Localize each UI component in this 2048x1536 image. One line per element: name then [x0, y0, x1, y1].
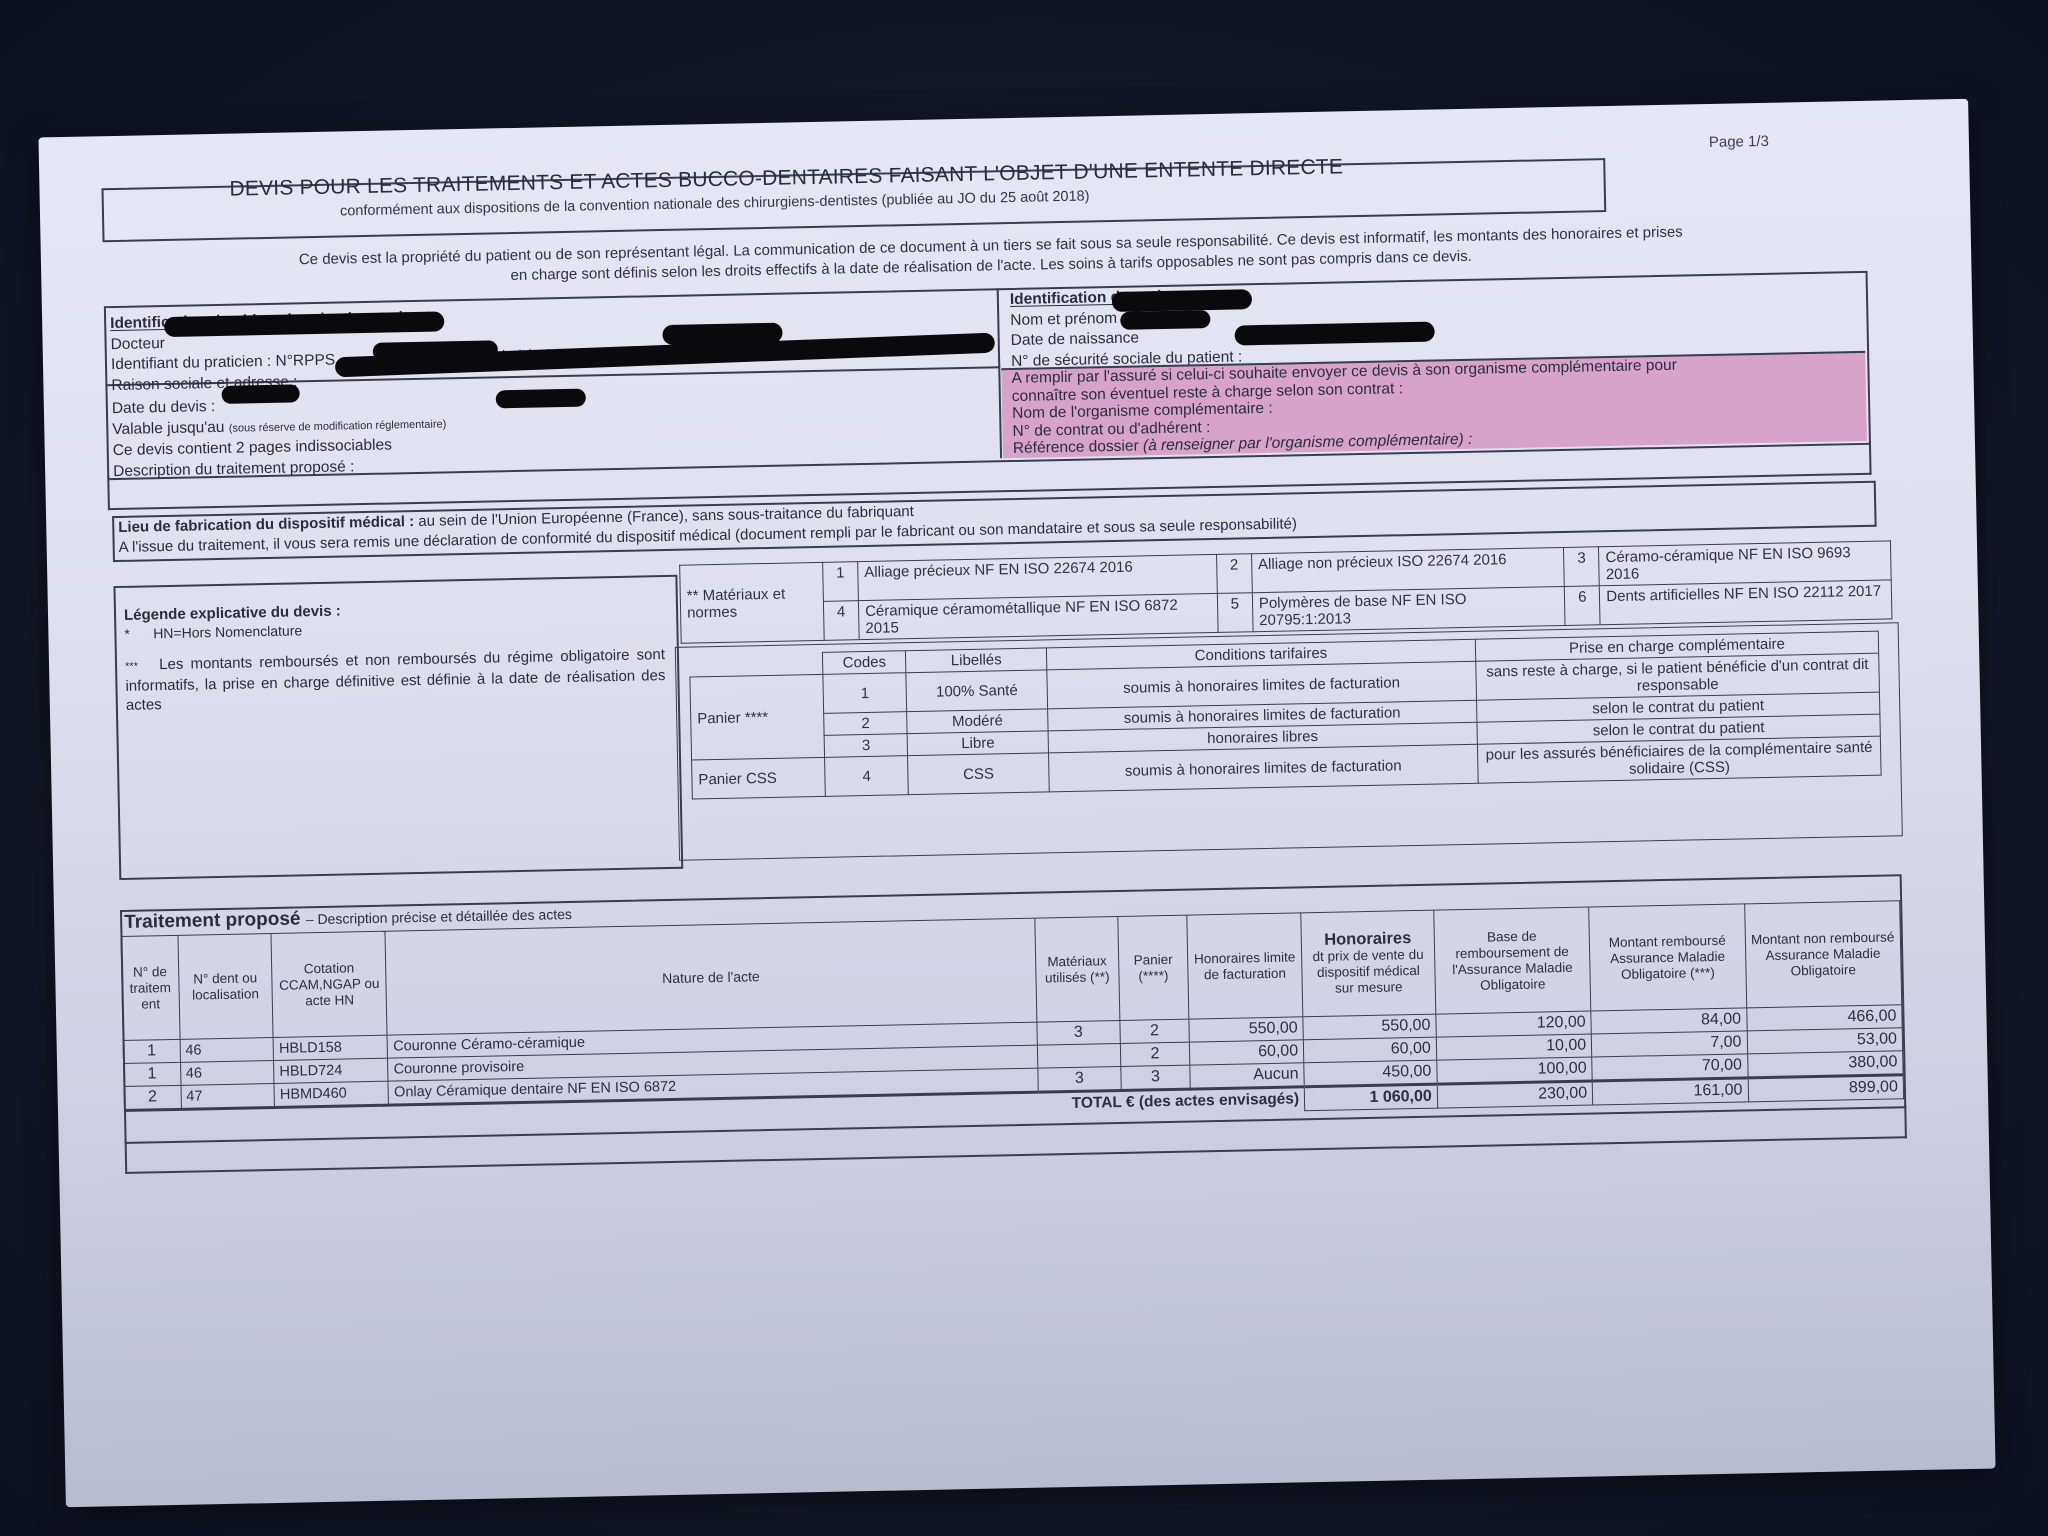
col-header-nature: Nature de l'acte: [385, 918, 1036, 1035]
cell-not-reimbursed: 466,00: [1746, 1005, 1902, 1031]
valid-note: (sous réserve de modification réglementa…: [229, 418, 447, 434]
cell-num: 2: [124, 1085, 181, 1110]
cell-limit: Aucun: [1190, 1063, 1305, 1089]
cell-not-reimbursed: 380,00: [1747, 1051, 1903, 1078]
valid-label: Valable jusqu'au: [112, 418, 224, 437]
materials-label: ** Matériaux et normes: [680, 562, 825, 643]
panier-frame: [675, 622, 1903, 861]
material-code: 1: [823, 562, 859, 602]
fees-header-rest: dt prix de vente du dispositif médical s…: [1312, 947, 1423, 996]
material-code: 3: [1564, 547, 1600, 587]
redacted-patient-name: [1112, 289, 1252, 312]
legend-mark-2: ***: [125, 661, 138, 673]
cell-fees: 550,00: [1303, 1014, 1436, 1040]
treatment-table: N° de traitem ent N° dent ou localisatio…: [120, 900, 1904, 1135]
cell-base: 10,00: [1436, 1034, 1592, 1060]
cell-materials: 3: [1037, 1020, 1121, 1045]
col-header-panier: Panier (****): [1118, 915, 1189, 1020]
total-not-reimbursed: 899,00: [1748, 1075, 1904, 1102]
legend-text-2: Les montants remboursés et non remboursé…: [125, 646, 665, 714]
cell-limit: 60,00: [1189, 1040, 1304, 1065]
cell-tooth: 47: [181, 1083, 275, 1109]
cell-reimbursed: 84,00: [1591, 1008, 1747, 1034]
legend-text-1: HN=Hors Nomenclature: [153, 622, 302, 641]
cell-base: 100,00: [1437, 1057, 1593, 1084]
cell-base: 120,00: [1436, 1011, 1592, 1037]
material-name: Céramo-céramique NF EN ISO 9693 2016: [1599, 541, 1891, 586]
legend-section: Légende explicative du devis : * HN=Hors…: [124, 595, 666, 715]
cell-reimbursed: 7,00: [1591, 1031, 1747, 1057]
col-header-tooth: N° dent ou localisation: [178, 933, 274, 1039]
legend-mark-1: *: [124, 626, 130, 642]
cell-materials: 3: [1037, 1066, 1121, 1092]
cell-fees: 450,00: [1304, 1060, 1437, 1087]
cell-panier: 2: [1120, 1019, 1189, 1043]
quote-document-paper: Page 1/3 DEVIS POUR LES TRAITEMENTS ET A…: [38, 99, 1995, 1507]
col-header-reimbursed: Montant remboursé Assurance Maladie Obli…: [1589, 904, 1746, 1011]
col-header-num: N° de traitem ent: [121, 935, 180, 1040]
material-code: 6: [1565, 586, 1601, 626]
cell-tooth: 46: [180, 1037, 274, 1062]
col-header-not-reimbursed: Montant non remboursé Assurance Maladie …: [1744, 901, 1902, 1008]
material-name: Alliage non précieux ISO 22674 2016: [1251, 547, 1564, 592]
fees-header-bold: Honoraires: [1324, 929, 1411, 949]
cell-reimbursed: 70,00: [1592, 1054, 1748, 1081]
page-number: Page 1/3: [1709, 133, 1769, 151]
cell-fees: 60,00: [1303, 1037, 1436, 1063]
legend-heading: Légende explicative du devis :: [124, 603, 341, 624]
cell-code: HBLD158: [273, 1035, 388, 1060]
redacted-valid-date: [496, 389, 586, 409]
col-header-code: Cotation CCAM,NGAP ou acte HN: [271, 931, 387, 1037]
material-code: 2: [1216, 554, 1252, 594]
complementary-insurance-fields: A remplir par l'assuré si celui-ci souha…: [1011, 353, 1863, 458]
cell-num: 1: [124, 1062, 181, 1086]
doctor-label: Docteur: [110, 335, 165, 353]
cell-not-reimbursed: 53,00: [1747, 1028, 1903, 1054]
redacted-ssn: [1234, 322, 1434, 346]
cell-limit: 550,00: [1189, 1017, 1304, 1042]
cell-panier: 3: [1121, 1065, 1190, 1090]
col-header-fees: Honorairesdt prix de vente du dispositif…: [1301, 910, 1436, 1017]
cell-tooth: 46: [180, 1060, 274, 1085]
cell-code: HBMD460: [274, 1081, 389, 1107]
total-label: TOTAL € (des actes envisagés): [1038, 1087, 1305, 1116]
material-name: Polymères de base NF EN ISO 20795:1:2013: [1252, 586, 1565, 631]
total-base: 230,00: [1437, 1081, 1593, 1108]
cell-materials: [1037, 1043, 1121, 1068]
material-code: 5: [1217, 593, 1253, 633]
material-code: 4: [823, 601, 859, 641]
rpps-label: Identifiant du praticien : N°RPPS: [111, 352, 335, 373]
material-name: Dents artificielles NF EN ISO 22112 2017: [1600, 580, 1892, 625]
col-header-materials: Matériaux utilisés (**): [1034, 917, 1119, 1023]
total-reimbursed: 161,00: [1592, 1078, 1748, 1105]
cell-code: HBLD724: [274, 1058, 389, 1083]
redacted-birth-date: [1120, 310, 1210, 330]
col-header-base: Base de remboursement de l'Assurance Mal…: [1434, 907, 1591, 1014]
cell-panier: 2: [1120, 1042, 1189, 1066]
cell-num: 1: [123, 1039, 180, 1063]
material-name: Céramique céramométallique NF EN ISO 687…: [858, 593, 1218, 639]
col-header-limit: Honoraires limite de facturation: [1187, 913, 1303, 1019]
redacted-quote-date: [221, 384, 299, 404]
reference-label: Référence dossier: [1013, 437, 1139, 457]
total-fees: 1 060,00: [1304, 1084, 1437, 1111]
date-label: Date du devis :: [112, 398, 216, 417]
legend-item-amounts: *** Les montants remboursés et non rembo…: [125, 645, 666, 715]
